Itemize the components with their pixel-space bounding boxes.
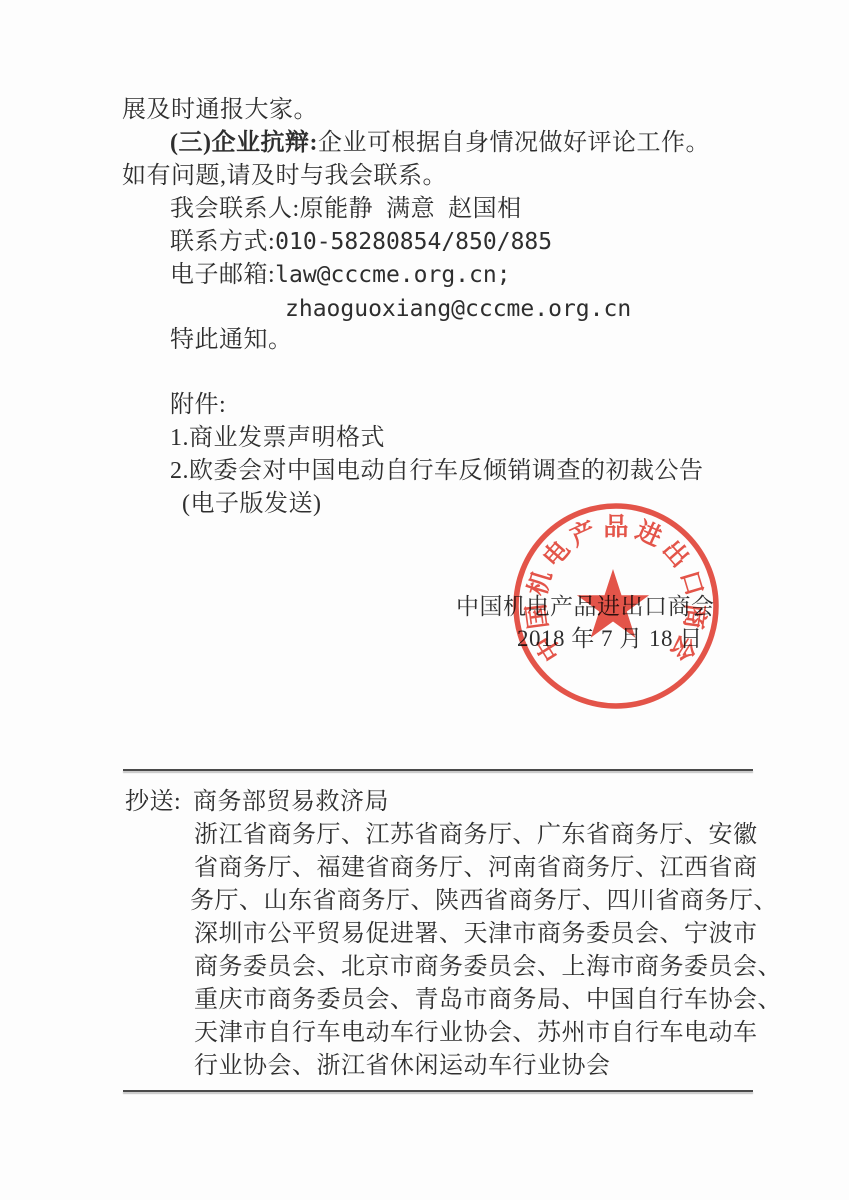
cc-list-line: 重庆市商务委员会、青岛市商务局、中国自行车协会、 (194, 986, 782, 1014)
seal-ring-char: 机 (522, 567, 557, 599)
separator-line-bottom (123, 1090, 753, 1092)
seal-ring-char: 中 (530, 630, 567, 666)
body-line-defense: (三)企业抗辩:企业可根据自身情况做好评论工作。 (170, 129, 710, 157)
cc-list-line: 商务委员会、北京市商务委员会、上海市商务委员会、 (194, 953, 782, 981)
cc-list-line: 务厅、山东省商务厅、陕西省商务厅、四川省商务厅、 (190, 887, 778, 915)
attachments-label: 附件: (170, 391, 226, 419)
star-icon (577, 569, 649, 638)
body-line-defense-cont: 如有问题,请及时与我会联系。 (122, 162, 447, 190)
email-value-2: zhaoguoxiang@cccme.org.cn (285, 295, 631, 323)
contacts-label: 我会联系人: (170, 196, 300, 222)
closing-line: 特此通知。 (170, 326, 293, 354)
cc-first-line: 商务部贸易救济局 (193, 788, 389, 816)
cc-list-line: 浙江省商务厅、江苏省商务厅、广东省商务厅、安徽 (194, 821, 758, 849)
email-label: 电子邮箱: (170, 262, 275, 288)
body-line-overflow: 展及时通报大家。 (122, 96, 318, 124)
document-page: 展及时通报大家。 (三)企业抗辩:企业可根据自身情况做好评论工作。 如有问题,请… (0, 0, 849, 1200)
defense-heading: (三)企业抗辩: (170, 130, 318, 156)
separator-line-top (123, 769, 753, 771)
phone-value: 010-58280854/850/885 (275, 229, 552, 255)
phone-line: 联系方式:010-58280854/850/885 (170, 228, 552, 256)
contacts-line: 我会联系人:原能静 满意 赵国相 (170, 195, 522, 223)
defense-text: 企业可根据自身情况做好评论工作。 (318, 130, 710, 156)
cc-list-line: 省商务厅、福建省商务厅、河南省商务厅、江西省商 (194, 854, 758, 882)
seal-ring-char: 国 (522, 602, 553, 630)
email-value-1: law@cccme.org.cn; (275, 262, 510, 288)
phone-label: 联系方式: (170, 229, 275, 255)
cc-list-line: 行业协会、浙江省休闲运动车行业协会 (194, 1052, 611, 1080)
attachment-item-2: 2.欧委会对中国电动自行车反倾销调查的初裁公告 (170, 457, 704, 485)
attachment-item-1: 1.商业发票声明格式 (170, 424, 385, 452)
attachment-item-2-note: (电子版发送) (182, 490, 321, 518)
email-line: 电子邮箱:law@cccme.org.cn; (170, 261, 511, 289)
cc-label: 抄送: (125, 788, 181, 816)
seal-ring-char: 进 (631, 516, 665, 552)
cc-list-line: 深圳市公平贸易促进署、天津市商务委员会、宁波市 (194, 920, 758, 948)
official-seal: 中国机电产品进出口商会 (501, 491, 731, 721)
seal-ring-char: 口 (675, 567, 709, 599)
contacts-names: 原能静 满意 赵国相 (300, 196, 522, 222)
seal-ring-char: 品 (603, 513, 628, 541)
cc-list-line: 天津市自行车电动车行业协会、苏州市自行车电动车 (194, 1019, 758, 1047)
seal-ring-char: 产 (566, 515, 601, 552)
seal-ring-char: 商 (679, 602, 711, 631)
